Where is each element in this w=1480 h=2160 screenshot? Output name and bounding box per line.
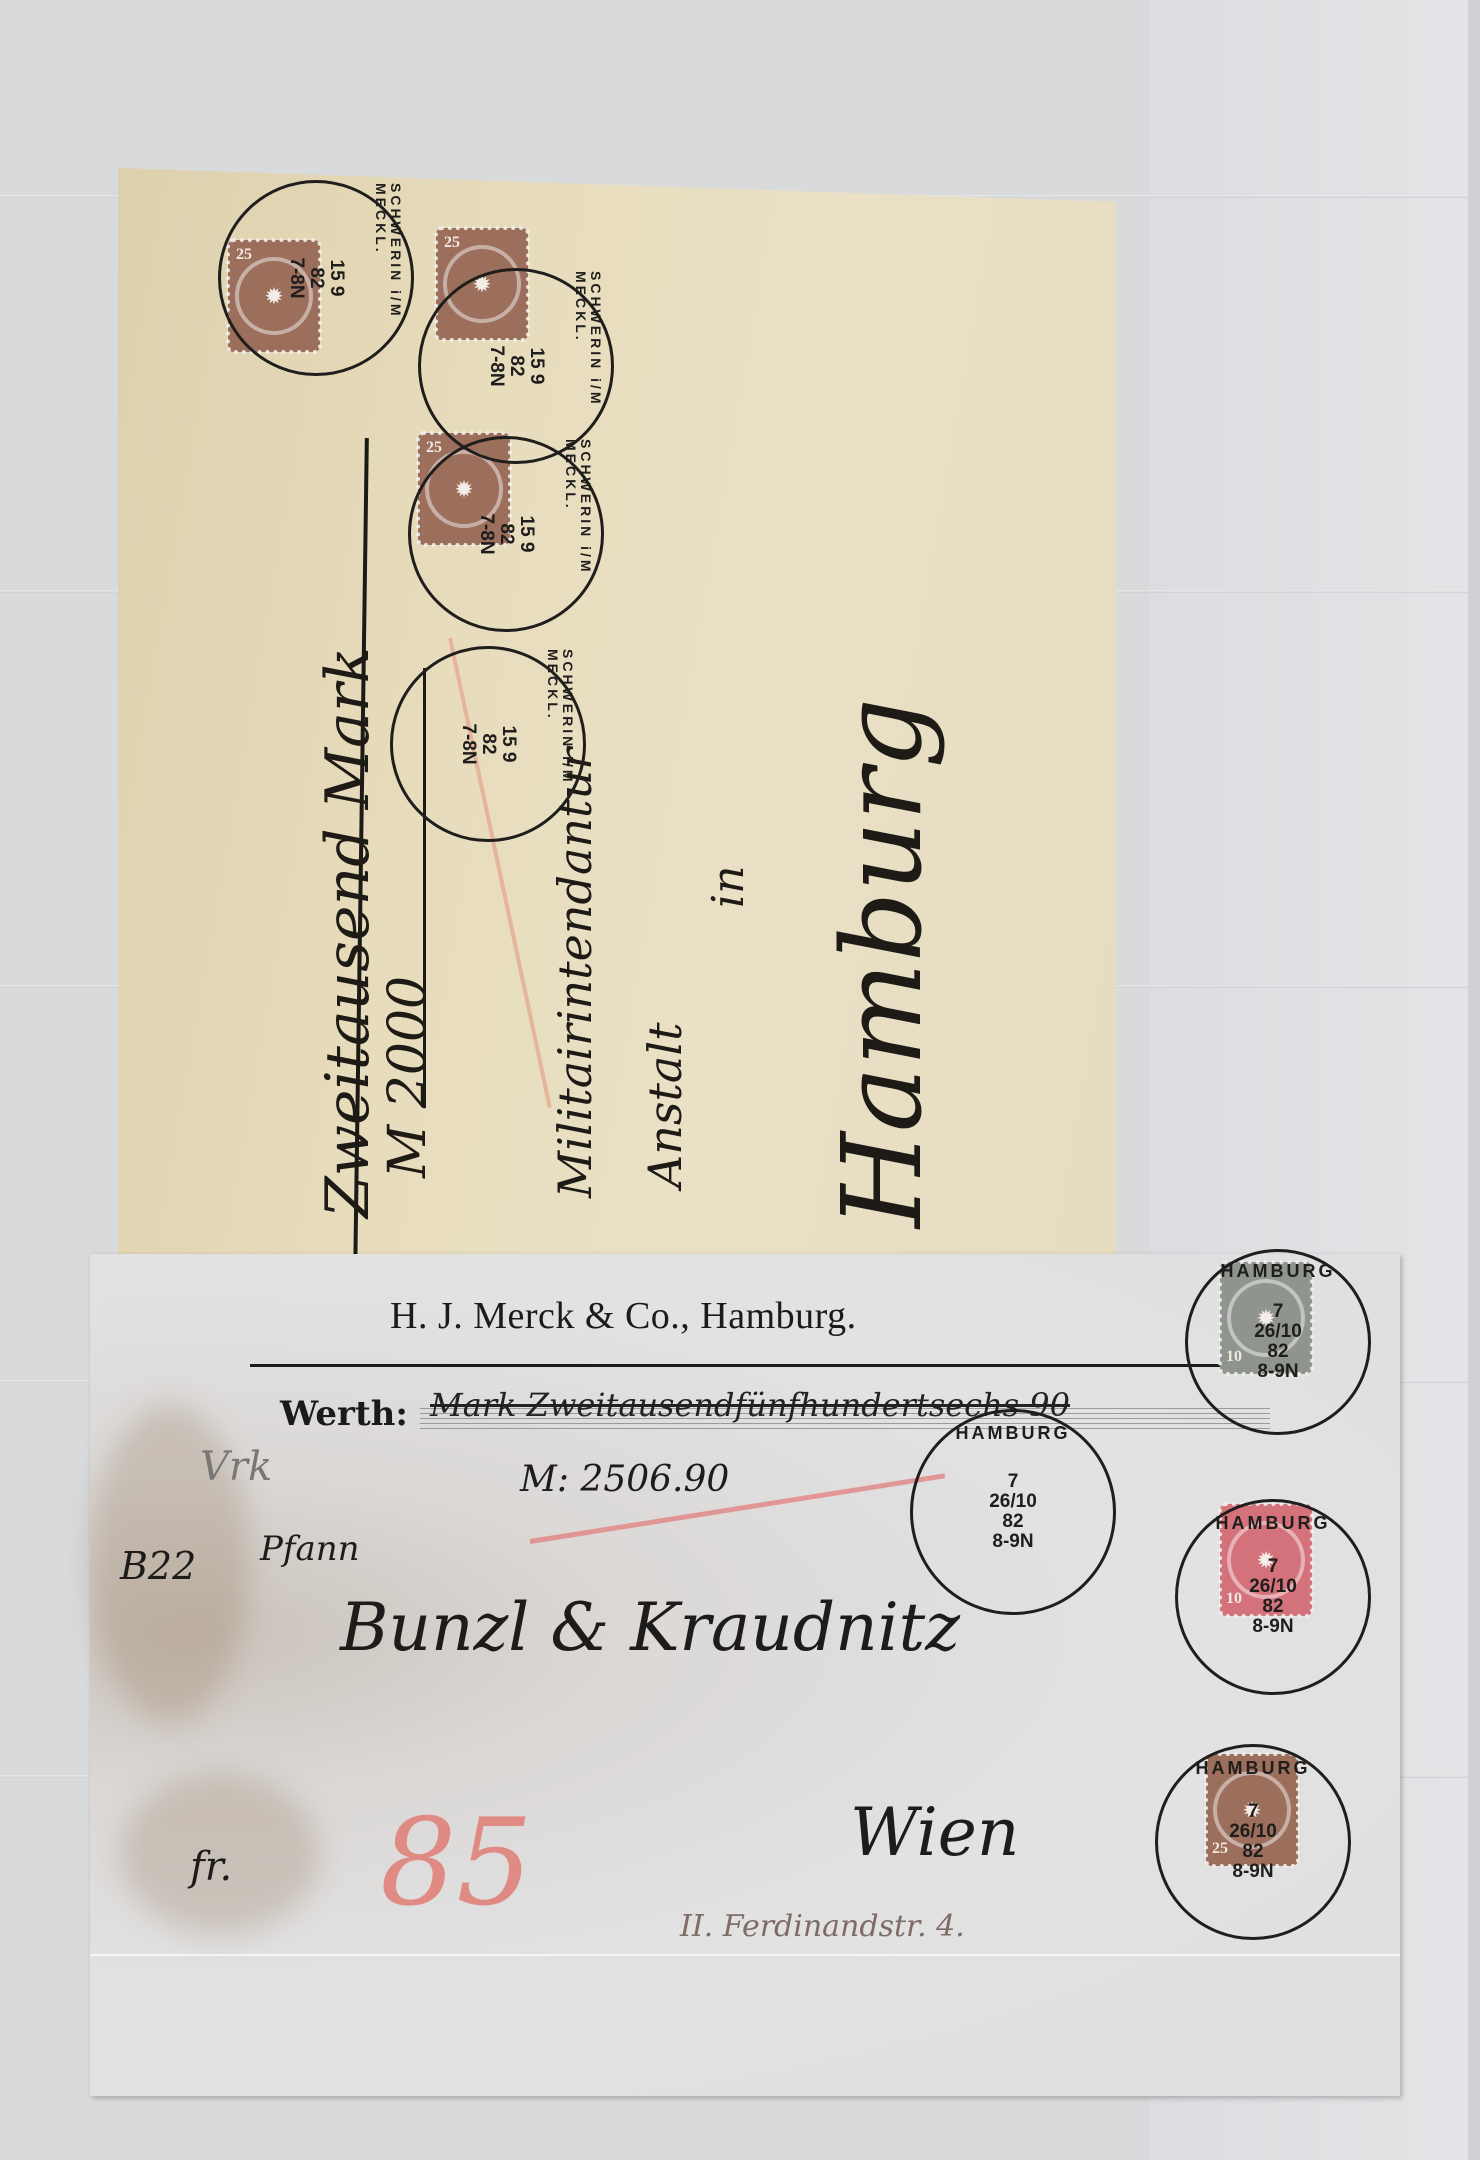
postmark-schwerin: SCHWERIN i/M MECKL. 15 9 82 7-8N: [408, 436, 604, 632]
franco-note: fr.: [190, 1844, 232, 1890]
pencil-note: Pfann: [260, 1529, 360, 1569]
postmark-schwerin: SCHWERIN i/M MECKL. 15 9 82 7-8N: [218, 180, 414, 376]
postmark-hamburg: HAMBURG 7 26/10 82 8-9N: [1175, 1499, 1371, 1695]
postmark-hamburg: HAMBURG 7 26/10 82 8-9N: [1185, 1249, 1371, 1435]
lower-cover: H. J. Merck & Co., Hamburg. Werth: Mark …: [90, 1254, 1400, 2096]
value-declaration-script: Zweitausend Mark: [313, 647, 383, 1218]
upper-cover: Zweitausend Mark M 2000 Militairintendan…: [118, 168, 1116, 1300]
werth-label: Werth:: [280, 1394, 408, 1434]
header-rule: [250, 1364, 1270, 1367]
address-line-2: Anstalt: [638, 1022, 692, 1188]
postmark-hamburg: HAMBURG 7 26/10 82 8-9N: [1155, 1744, 1351, 1940]
postmark-schwerin: SCHWERIN i/M MECKL. 15 9 82 7-8N: [418, 268, 614, 464]
address-city: Wien: [850, 1794, 1019, 1871]
amount-script: M 2000: [378, 976, 438, 1178]
pencil-note: Vrk: [200, 1444, 272, 1490]
address-line-3: in: [703, 866, 754, 908]
postmark-hamburg: HAMBURG 7 26/10 82 8-9N: [910, 1409, 1116, 1615]
address-street: II. Ferdinandstr. 4.: [680, 1909, 965, 1944]
address-city: Hamburg: [818, 698, 946, 1228]
pencil-note: B22: [120, 1544, 196, 1588]
addressee: Bunzl & Kraudnitz: [340, 1589, 960, 1666]
fold-crease: [90, 1954, 1400, 1956]
printed-firm-header: H. J. Merck & Co., Hamburg.: [390, 1294, 857, 1338]
amount-script: M: 2506.90: [520, 1459, 729, 1500]
album-binding-edge: [1468, 0, 1480, 2160]
red-crayon-number: 85: [380, 1794, 533, 1933]
postmark-schwerin: SCHWERIN i/M MECKL. 15 9 82 7-8N: [390, 646, 586, 842]
